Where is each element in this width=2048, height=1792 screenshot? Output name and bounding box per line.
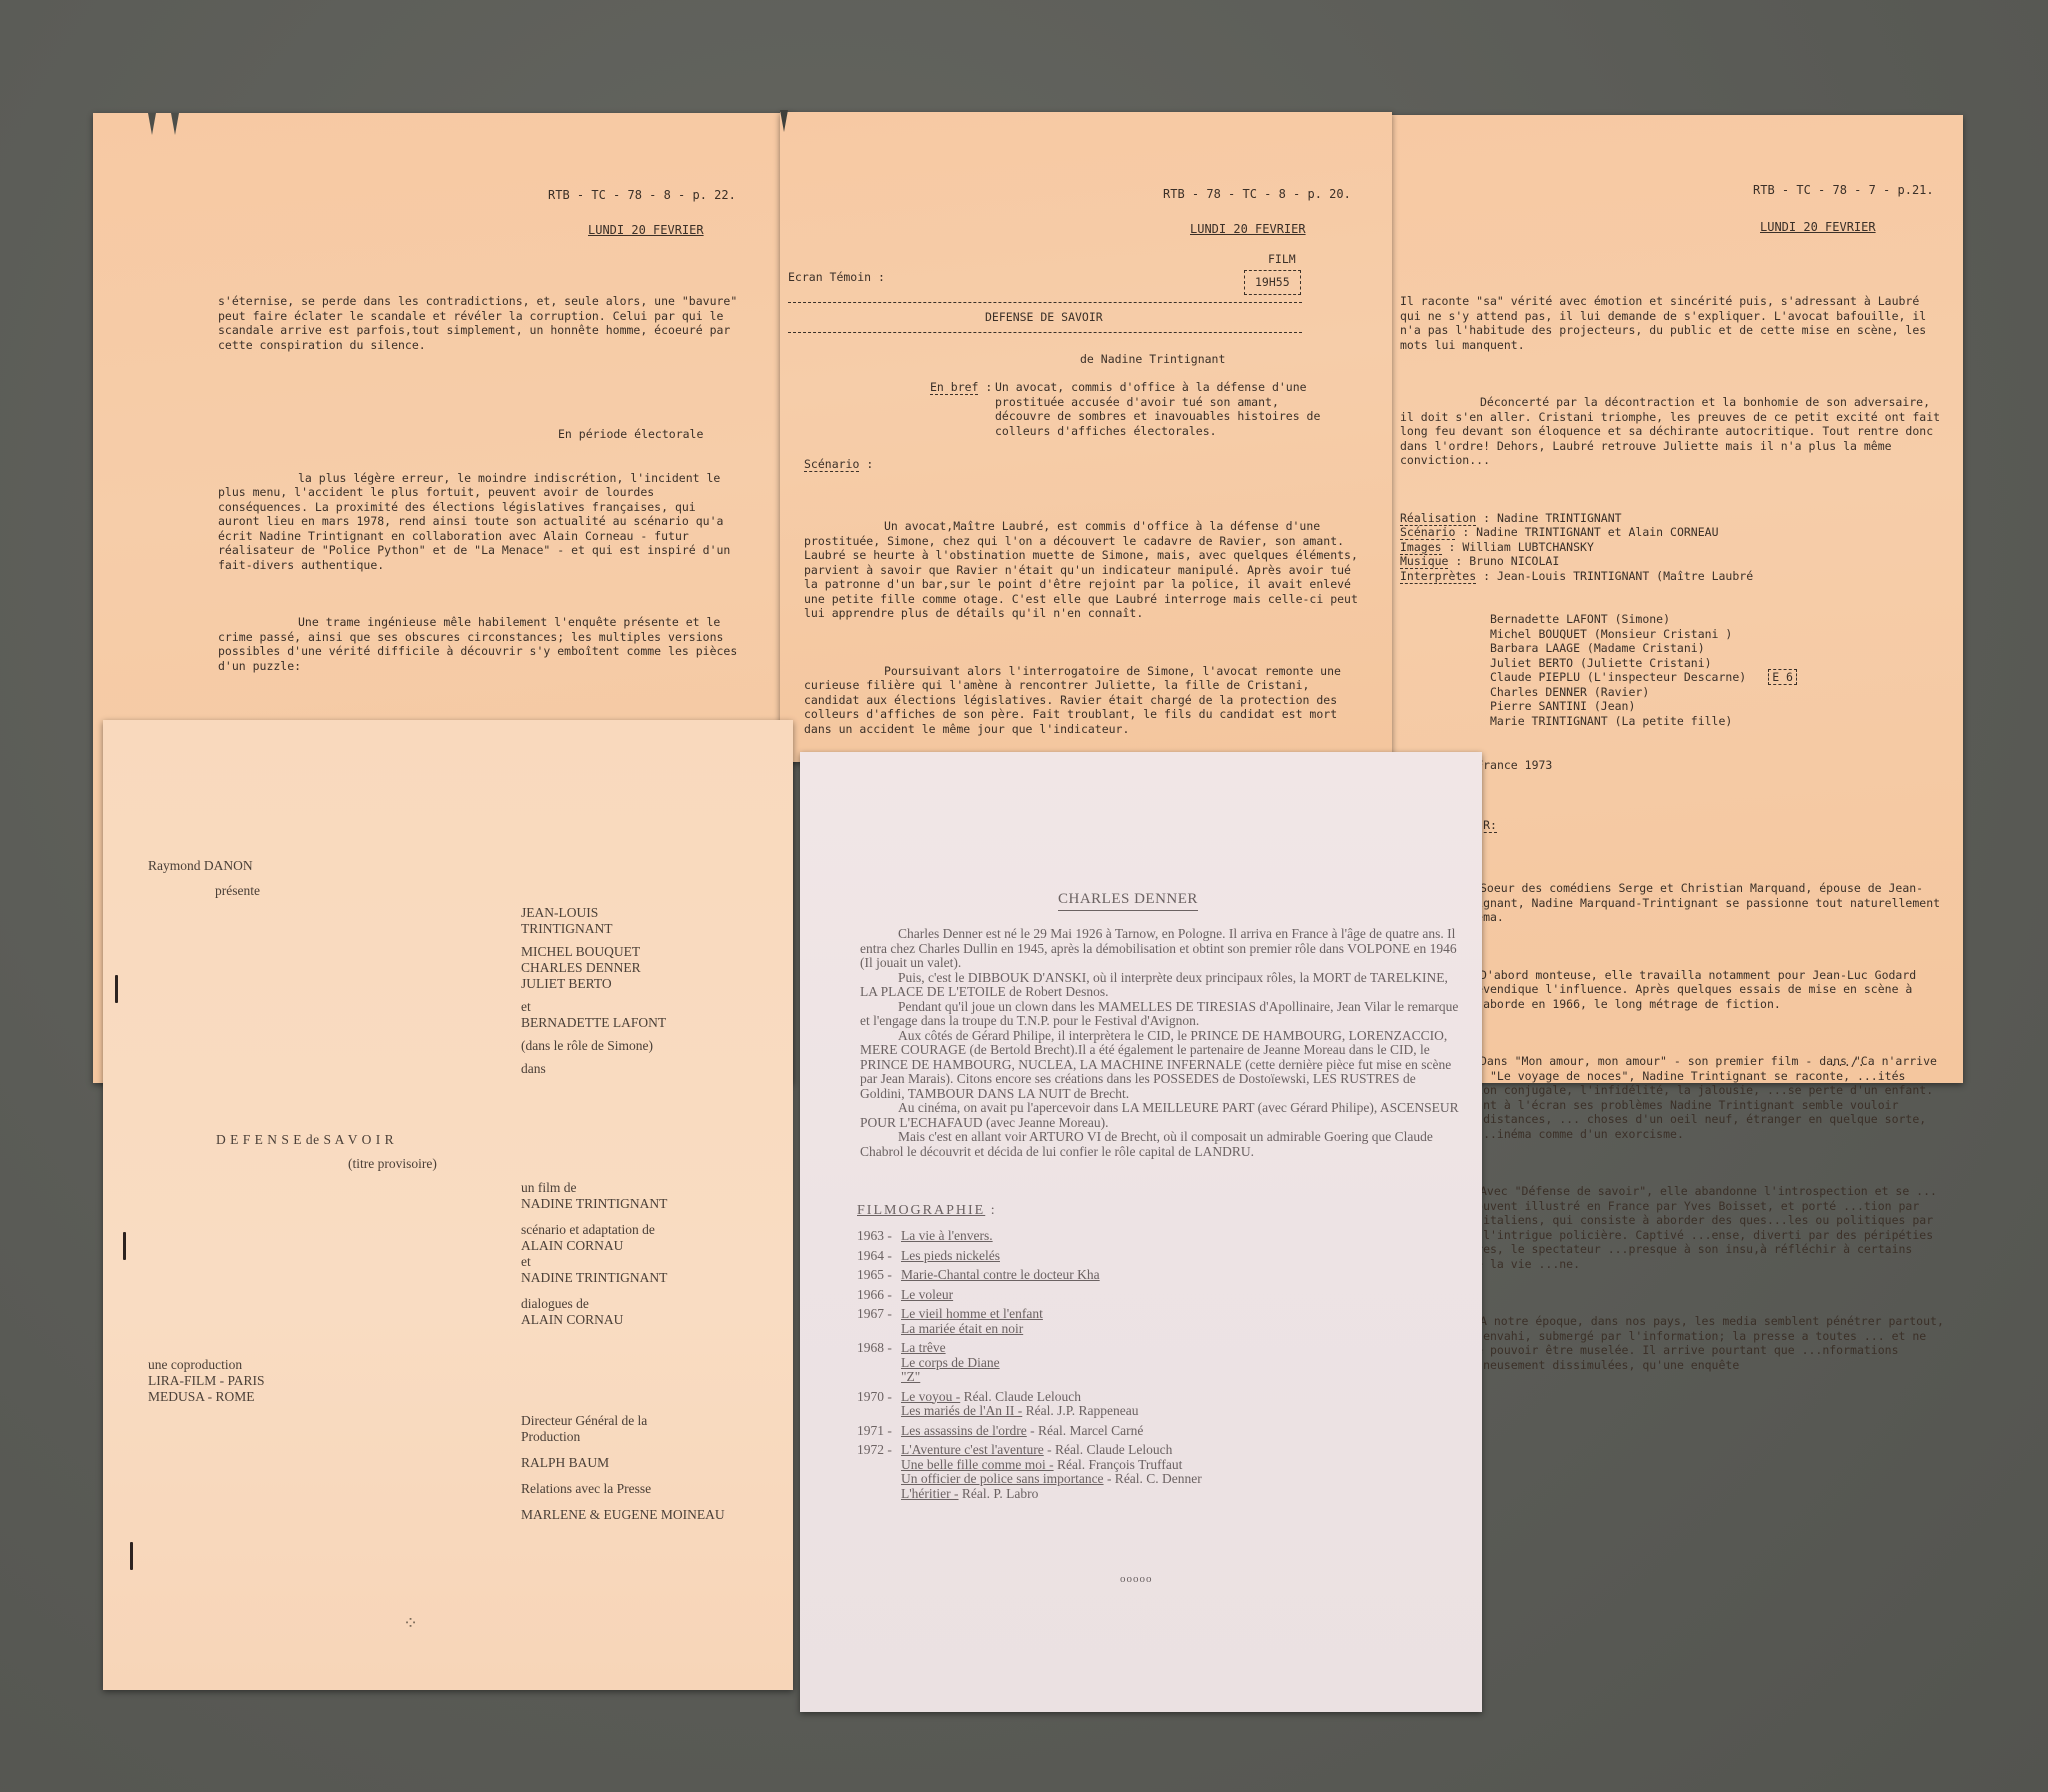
film-title: Une belle fille comme moi - <box>901 1457 1054 1472</box>
filmography-row: 1967 -Le vieil homme et l'enfantLa marié… <box>857 1307 1457 1336</box>
coproduction: une coproductionLIRA-FILM - PARISMEDUSA … <box>148 1357 265 1405</box>
paragraph: Une trame ingénieuse mêle habilement l'e… <box>218 615 743 673</box>
credit-row: Images : William LUBTCHANSKY <box>1400 540 1945 555</box>
bio-paragraph: Pendant qu'il joue un clown dans les MAM… <box>860 1000 1460 1029</box>
cast-row: Bernadette LAFONT (Simone) <box>1490 612 1945 627</box>
filmography-row: 1965 -Marie-Chantal contre le docteur Kh… <box>857 1268 1457 1283</box>
paragraph: En période électorale <box>558 427 743 442</box>
title-page: Raymond DANON présente JEAN-LOUISTRINTIG… <box>103 720 793 1690</box>
cast-row: Pierre SANTINI (Jean) <box>1490 699 1945 714</box>
coproduction-line: LIRA-FILM - PARIS <box>148 1373 265 1389</box>
cast-block: MICHEL BOUQUETCHARLES DENNERJULIET BERTO <box>521 944 666 992</box>
cast-block: etBERNADETTE LAFONT <box>521 999 666 1031</box>
credit-row: Réalisation : Nadine TRINTIGNANT <box>1400 511 1945 526</box>
document-date: LUNDI 20 FEVRIER <box>1190 222 1306 237</box>
scenario-label: Scénario : <box>804 457 873 472</box>
film-titles: L'Aventure c'est l'aventure - Réal. Clau… <box>901 1443 1202 1501</box>
credit-label: Scénario <box>1400 525 1455 540</box>
film-entry: Le voyou - Réal. Claude Lelouch <box>901 1390 1139 1405</box>
filmography-row: 1972 -L'Aventure c'est l'aventure - Réal… <box>857 1443 1457 1501</box>
credit-row: Scénario : Nadine TRINTIGNANT et Alain C… <box>1400 525 1945 540</box>
film-titles: Le vieil homme et l'enfantLa mariée étai… <box>901 1307 1043 1336</box>
filmography-row: 1963 -La vie à l'envers. <box>857 1229 1457 1244</box>
coproduction-line: MEDUSA - ROME <box>148 1389 265 1405</box>
credit-label: Réalisation <box>1400 511 1476 526</box>
cast-block-line: BERNADETTE LAFONT <box>521 1015 666 1031</box>
production-block: MARLENE & EUGENE MOINEAU <box>521 1507 725 1523</box>
cast-block: dans <box>521 1061 666 1077</box>
film-titles: La vie à l'envers. <box>901 1229 993 1244</box>
film-entry: Un officier de police sans importance - … <box>901 1472 1202 1487</box>
film-director: Réal. J.P. Rappeneau <box>1022 1403 1138 1418</box>
film-titles: Les pieds nickelés <box>901 1249 1000 1264</box>
film-entry: Les mariés de l'An II - Réal. J.P. Rappe… <box>901 1404 1139 1419</box>
production-block-line: RALPH BAUM <box>521 1455 725 1471</box>
film-entry: Les assassins de l'ordre - Réal. Marcel … <box>901 1424 1143 1439</box>
film-entry: Les pieds nickelés <box>901 1249 1000 1264</box>
paragraph: s'éternise, se perde dans les contradict… <box>218 294 743 352</box>
film-title: L'héritier - <box>901 1486 959 1501</box>
cast-row: Barbara LAAGE (Madame Cristani) <box>1490 641 1945 656</box>
cast-row: Marie TRINTIGNANT (La petite fille) <box>1490 714 1945 729</box>
bio-paragraph: Puis, c'est le DIBBOUK D'ANSKI, où il in… <box>860 971 1460 1000</box>
paragraph: la plus légère erreur, le moindre indisc… <box>218 471 743 573</box>
film-year: 1965 - <box>857 1268 901 1283</box>
film-year: 1963 - <box>857 1229 901 1244</box>
film-entry: Le corps de Diane <box>901 1356 1000 1371</box>
crew-block: dialogues deALAIN CORNAU <box>521 1296 667 1328</box>
film-year: 1964 - <box>857 1249 901 1264</box>
film-entry: L'Aventure c'est l'aventure - Réal. Clau… <box>901 1443 1202 1458</box>
punch-notch <box>171 113 179 135</box>
punch-notch <box>148 113 156 135</box>
film-year: 1966 - <box>857 1288 901 1303</box>
film-title: Les assassins de l'ordre <box>901 1423 1027 1438</box>
filmography-row: 1964 -Les pieds nickelés <box>857 1249 1457 1264</box>
document-reference: RTB - 78 - TC - 8 - p. 20. <box>1163 187 1351 202</box>
film-title: DEFENSE DE SAVOIR <box>985 310 1103 325</box>
footer-mark: ooooo <box>1120 1572 1153 1587</box>
film-titles: Le voyou - Réal. Claude LelouchLes marié… <box>901 1390 1139 1419</box>
film-entry: La mariée était en noir <box>901 1322 1043 1337</box>
crew-block-line: dialogues de <box>521 1296 667 1312</box>
cast-block-line: et <box>521 999 666 1015</box>
punch-notch <box>780 110 788 132</box>
byline: de Nadine Trintignant <box>1080 352 1225 367</box>
production-block: RALPH BAUM <box>521 1455 725 1471</box>
divider <box>788 332 1302 333</box>
production-block-line: MARLENE & EUGENE MOINEAU <box>521 1507 725 1523</box>
film-director: - Réal. Marcel Carné <box>1027 1423 1144 1438</box>
staple <box>130 1542 133 1570</box>
biography-text: Charles Denner est né le 29 Mai 1926 à T… <box>860 927 1460 1159</box>
brief-text: Un avocat, commis d'office à la défense … <box>995 380 1330 438</box>
film-title: L'Aventure c'est l'aventure <box>901 1442 1044 1457</box>
production-block-line: Production <box>521 1429 725 1445</box>
staple <box>123 1232 126 1260</box>
film-year: 1967 - <box>857 1307 901 1336</box>
cast-block-line: JULIET BERTO <box>521 976 666 992</box>
crew-credits: un film deNADINE TRINTIGNANTscénario et … <box>521 1180 667 1338</box>
film-title: Les pieds nickelés <box>901 1248 1000 1263</box>
cast-block-line: (dans le rôle de Simone) <box>521 1038 666 1054</box>
film-entry: Une belle fille comme moi - Réal. Franço… <box>901 1458 1202 1473</box>
crew-block: un film deNADINE TRINTIGNANT <box>521 1180 667 1212</box>
crew-block: scénario et adaptation deALAIN CORNAUetN… <box>521 1222 667 1286</box>
film-titles: Le voleur <box>901 1288 953 1303</box>
filmography-row: 1970 -Le voyou - Réal. Claude LelouchLes… <box>857 1390 1457 1419</box>
film-title: La vie à l'envers. <box>901 1228 993 1243</box>
film-year: 1968 - <box>857 1341 901 1385</box>
coproduction-line: une coproduction <box>148 1357 265 1373</box>
film-director: Réal. Claude Lelouch <box>960 1389 1081 1404</box>
crew-block-line: NADINE TRINTIGNANT <box>521 1196 667 1212</box>
crew-block-line: NADINE TRINTIGNANT <box>521 1270 667 1286</box>
bio-paragraph: Au cinéma, on avait pu l'apercevoir dans… <box>860 1101 1460 1130</box>
film-titles: Marie-Chantal contre le docteur Kha <box>901 1268 1100 1283</box>
paragraph: Un avocat,Maître Laubré, est commis d'of… <box>804 519 1369 621</box>
credit-label: Interprètes <box>1400 569 1476 584</box>
film-titles: Les assassins de l'ordre - Réal. Marcel … <box>901 1424 1143 1439</box>
film-titles: La trêveLe corps de Diane"Z" <box>901 1341 1000 1385</box>
cast-list: Bernadette LAFONT (Simone)Michel BOUQUET… <box>1400 612 1945 728</box>
film-title: Le voyou - <box>901 1389 960 1404</box>
film-title: Le vieil homme et l'enfant <box>901 1306 1043 1321</box>
film-title: La trêve <box>901 1340 946 1355</box>
filmography-row: 1966 -Le voleur <box>857 1288 1457 1303</box>
programme-label: Ecran Témoin : <box>788 270 885 285</box>
bio-paragraph: Aux côtés de Gérard Philipe, il interprè… <box>860 1029 1460 1102</box>
film-director: - Réal. C. Denner <box>1104 1471 1202 1486</box>
film-title: Le voleur <box>901 1287 953 1302</box>
film-year: 1970 - <box>857 1390 901 1419</box>
cast-row: Michel BOUQUET (Monsieur Cristani ) <box>1490 627 1945 642</box>
rating-badge: E 6 <box>1768 669 1797 685</box>
cast-block-line: TRINTIGNANT <box>521 921 666 937</box>
crew-block-line: scénario et adaptation de <box>521 1222 667 1238</box>
bio-paragraph: Mais c'est en allant voir ARTURO VI de B… <box>860 1130 1460 1159</box>
film-director: Réal. François Truffaut <box>1054 1457 1183 1472</box>
cast-row: Juliet BERTO (Juliette Cristani) <box>1490 656 1945 671</box>
film-title: Marie-Chantal contre le docteur Kha <box>901 1267 1100 1282</box>
film-entry: L'héritier - Réal. P. Labro <box>901 1487 1202 1502</box>
production-block-line: Relations avec la Presse <box>521 1481 725 1497</box>
biography-page: CHARLES DENNER Charles Denner est né le … <box>800 752 1482 1712</box>
cast-block-line: dans <box>521 1061 666 1077</box>
broadcast-time: 19H55 <box>1244 270 1301 295</box>
film-entry: Marie-Chantal contre le docteur Kha <box>901 1268 1100 1283</box>
film-title: Le corps de Diane <box>901 1355 1000 1370</box>
cast-block-line: MICHEL BOUQUET <box>521 944 666 960</box>
paragraph: Poursuivant alors l'interrogatoire de Si… <box>804 664 1369 737</box>
document-date: LUNDI 20 FEVRIER <box>588 223 704 238</box>
sheet-page-20: RTB - 78 - TC - 8 - p. 20. LUNDI 20 FEVR… <box>780 112 1392 762</box>
document-reference: RTB - TC - 78 - 8 - p. 22. <box>548 188 736 203</box>
credits-list: Réalisation : Nadine TRINTIGNANTScénario… <box>1400 511 1945 584</box>
cast-row: Claude PIEPLU (L'inspecteur Descarne)E 6 <box>1490 670 1945 685</box>
crew-block-line: ALAIN CORNAU <box>521 1238 667 1254</box>
cast-block-line: CHARLES DENNER <box>521 960 666 976</box>
category-label: FILM <box>1268 252 1296 267</box>
cast-row: Charles DENNER (Ravier) <box>1490 685 1945 700</box>
film-title: Les mariés de l'An II - <box>901 1403 1022 1418</box>
bio-paragraph: Charles Denner est né le 29 Mai 1926 à T… <box>860 927 1460 971</box>
production-credits: Directeur Général de laProductionRALPH B… <box>521 1413 725 1533</box>
film-entry: "Z" <box>901 1370 1000 1385</box>
production-block: Directeur Général de laProduction <box>521 1413 725 1445</box>
filmography-heading: FILMOGRAPHIE : <box>857 1204 997 1219</box>
film-entry: La trêve <box>901 1341 1000 1356</box>
credit-label: Musique <box>1400 554 1448 569</box>
crew-block-line: et <box>521 1254 667 1270</box>
production-block: Relations avec la Presse <box>521 1481 725 1497</box>
document-reference: RTB - TC - 78 - 7 - p.21. <box>1753 183 1934 198</box>
film-director: Réal. P. Labro <box>959 1486 1039 1501</box>
crew-block-line: ALAIN CORNAU <box>521 1312 667 1328</box>
cast-credits: JEAN-LOUISTRINTIGNANTMICHEL BOUQUETCHARL… <box>521 905 666 1084</box>
cast-block: JEAN-LOUISTRINTIGNANT <box>521 905 666 937</box>
presents-label: présente <box>215 883 260 899</box>
film-director: - Réal. Claude Lelouch <box>1044 1442 1173 1457</box>
cast-block: (dans le rôle de Simone) <box>521 1038 666 1054</box>
divider <box>788 302 1302 303</box>
document-date: LUNDI 20 FEVRIER <box>1760 220 1876 235</box>
filmography-row: 1971 -Les assassins de l'ordre - Réal. M… <box>857 1424 1457 1439</box>
ornament-icon: ⁘ <box>403 1615 418 1631</box>
film-entry: La vie à l'envers. <box>901 1229 993 1244</box>
biography-heading: CHARLES DENNER <box>1058 892 1198 911</box>
staple <box>115 975 118 1003</box>
crew-block-line: un film de <box>521 1180 667 1196</box>
paragraph: Il raconte "sa" vérité avec émotion et s… <box>1400 294 1945 352</box>
filmography-row: 1968 -La trêveLe corps de Diane"Z" <box>857 1341 1457 1385</box>
film-year: 1972 - <box>857 1443 901 1501</box>
film-title: "Z" <box>901 1369 920 1384</box>
brief-label: En bref : <box>930 380 992 395</box>
credit-row: Musique : Bruno NICOLAI <box>1400 554 1945 569</box>
credit-label: Images <box>1400 540 1442 555</box>
paragraph: Déconcerté par la décontraction et la bo… <box>1400 395 1945 468</box>
credit-row: Interprètes : Jean-Louis TRINTIGNANT (Ma… <box>1400 569 1945 584</box>
film-title: D E F E N S E de S A V O I R <box>216 1132 394 1148</box>
film-entry: Le voleur <box>901 1288 953 1303</box>
film-subtitle: (titre provisoire) <box>348 1156 437 1172</box>
film-year: 1971 - <box>857 1424 901 1439</box>
continued-mark: .../. <box>1830 1055 1865 1070</box>
filmography-list: 1963 -La vie à l'envers.1964 -Les pieds … <box>857 1229 1457 1506</box>
film-title: Un officier de police sans importance <box>901 1471 1104 1486</box>
cast-block-line: JEAN-LOUIS <box>521 905 666 921</box>
production-block-line: Directeur Général de la <box>521 1413 725 1429</box>
film-entry: Le vieil homme et l'enfant <box>901 1307 1043 1322</box>
film-title: La mariée était en noir <box>901 1321 1023 1336</box>
producer-name: Raymond DANON <box>148 858 253 874</box>
